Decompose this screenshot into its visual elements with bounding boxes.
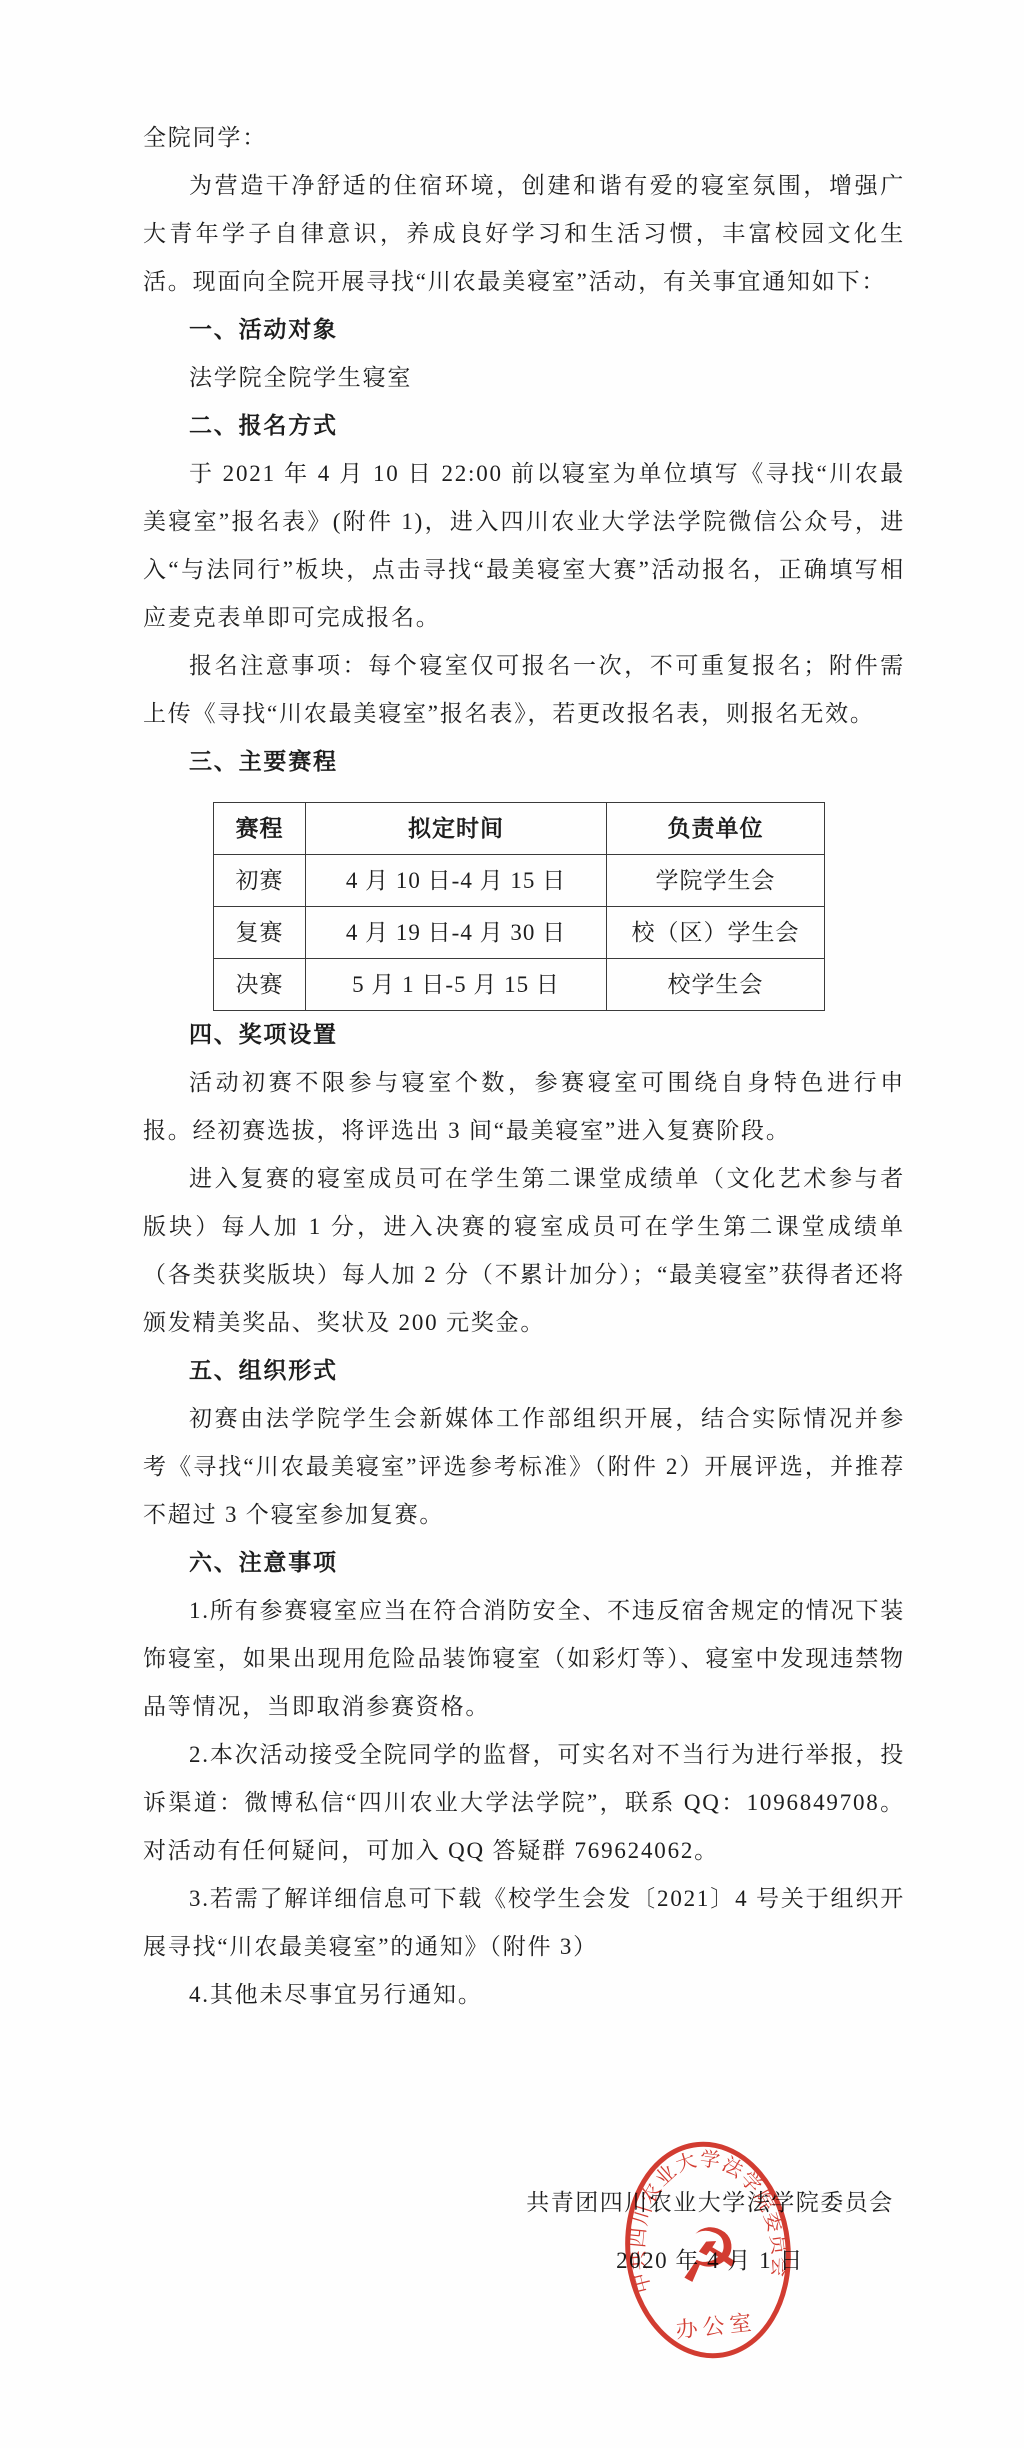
- table-cell: 5 月 1 日-5 月 15 日: [306, 959, 607, 1011]
- table-cell: 决赛: [214, 959, 306, 1011]
- seal-bottom-text: 办公室: [674, 2309, 757, 2342]
- schedule-table: 赛程 拟定时间 负责单位 初赛 4 月 10 日-4 月 15 日 学院学生会 …: [213, 802, 825, 1011]
- section1-paragraph: 法学院全院学生寝室: [143, 354, 905, 402]
- table-cell: 复赛: [214, 907, 306, 959]
- table-cell: 学院学生会: [607, 855, 825, 907]
- header-cell-time: 拟定时间: [306, 803, 607, 855]
- section-heading-2: 二、报名方式: [143, 402, 905, 450]
- section-heading-5: 五、组织形式: [143, 1347, 905, 1395]
- table-row: 决赛 5 月 1 日-5 月 15 日 校学生会: [214, 959, 825, 1011]
- signature-date: 2020 年 4 月 1 日: [520, 2244, 900, 2278]
- section5-paragraph-1: 初赛由法学院学生会新媒体工作部组织开展，结合实际情况并参考《寻找“川农最美寝室”…: [143, 1395, 905, 1539]
- section2-paragraph-1: 于 2021 年 4 月 10 日 22:00 前以寝室为单位填写《寻找“川农最…: [143, 450, 905, 642]
- section4-paragraph-1: 活动初赛不限参与寝室个数，参赛寝室可围绕自身特色进行申报。经初赛选拔，将评选出 …: [143, 1059, 905, 1155]
- section-heading-4: 四、奖项设置: [143, 1011, 905, 1059]
- header-cell-unit: 负责单位: [607, 803, 825, 855]
- signature-organization: 共青团四川农业大学法学院委员会: [520, 2186, 900, 2220]
- table-row: 初赛 4 月 10 日-4 月 15 日 学院学生会: [214, 855, 825, 907]
- table-row: 复赛 4 月 19 日-4 月 30 日 校（区）学生会: [214, 907, 825, 959]
- section4-paragraph-2: 进入复赛的寝室成员可在学生第二课堂成绩单（文化艺术参与者版块）每人加 1 分，进…: [143, 1155, 905, 1347]
- section-heading-3: 三、主要赛程: [143, 738, 905, 786]
- section6-paragraph-2: 2.本次活动接受全院同学的监督，可实名对不当行为进行举报，投诉渠道：微博私信“四…: [143, 1731, 905, 1875]
- section6-paragraph-1: 1.所有参赛寝室应当在符合消防安全、不违反宿舍规定的情况下装饰寝室，如果出现用危…: [143, 1587, 905, 1731]
- section-heading-1: 一、活动对象: [143, 306, 905, 354]
- table-cell: 初赛: [214, 855, 306, 907]
- section6-paragraph-3: 3.若需了解详细信息可下载《校学生会发〔2021〕4 号关于组织开展寻找“川农最…: [143, 1875, 905, 1971]
- signature-block: 共青团四川农业大学法学院委员会 2020 年 4 月 1 日: [520, 2186, 900, 2278]
- table-cell: 4 月 19 日-4 月 30 日: [306, 907, 607, 959]
- section2-paragraph-2: 报名注意事项：每个寝室仅可报名一次，不可重复报名；附件需上传《寻找“川农最美寝室…: [143, 642, 905, 738]
- table-cell: 校（区）学生会: [607, 907, 825, 959]
- notice-body: 全院同学： 为营造干净舒适的住宿环境，创建和谐有爱的寝室氛围，增强广大青年学子自…: [143, 114, 905, 2019]
- table-cell: 4 月 10 日-4 月 15 日: [306, 855, 607, 907]
- notice-page: 全院同学： 为营造干净舒适的住宿环境，创建和谐有爱的寝室氛围，增强广大青年学子自…: [0, 0, 1024, 2448]
- intro-paragraph: 为营造干净舒适的住宿环境，创建和谐有爱的寝室氛围，增强广大青年学子自律意识，养成…: [143, 162, 905, 306]
- header-cell-stage: 赛程: [214, 803, 306, 855]
- section-heading-6: 六、注意事项: [143, 1539, 905, 1587]
- salutation: 全院同学：: [143, 114, 905, 162]
- table-header-row: 赛程 拟定时间 负责单位: [214, 803, 825, 855]
- table-cell: 校学生会: [607, 959, 825, 1011]
- section6-paragraph-4: 4.其他未尽事宜另行通知。: [143, 1971, 905, 2019]
